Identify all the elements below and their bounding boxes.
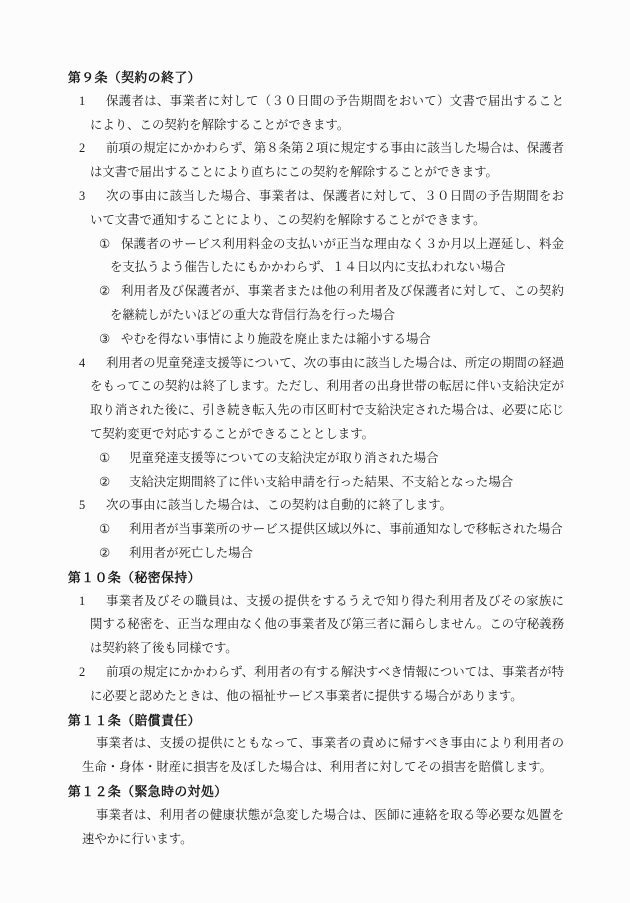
sub-clause-text: 利用者が当事業所のサービス提供区域以外に、事前通知なしで移転された場合	[129, 522, 563, 536]
clause-text: 次の事由に該当した場合は、この契約は自動的に終了します。	[106, 498, 452, 512]
sub-clause-text: 保護者のサービス利用料金の支払いが正当な理由なく３か月以上遅延し、料金を支払うよ…	[110, 237, 564, 275]
article-body-paragraph: 事業者は、支援の提供にともなって、事業者の責めに帰すべき事由により利用者の生命・…	[68, 732, 564, 780]
sub-clause-5-1: ①利用者が当事業所のサービス提供区域以外に、事前通知なしで移転された場合	[68, 518, 564, 542]
sub-clause-number: ③	[99, 328, 110, 352]
clause-number: 5	[79, 494, 85, 518]
sub-clause-3-2: ②利用者及び保護者が、事業者または他の利用者及び保護者に対して、この契約を継続し…	[68, 280, 564, 328]
contract-document-page: 第９条（契約の終了） 1保護者は、事業者に対して（３０日間の予告期間をおいて）文…	[0, 0, 630, 903]
sub-clause-text: 利用者が死亡した場合	[129, 546, 253, 560]
article-11: 第１１条（賠償責任） 事業者は、支援の提供にともなって、事業者の責めに帰すべき事…	[68, 709, 564, 780]
clause-number: 1	[79, 590, 85, 614]
sub-clause-number: ①	[99, 233, 110, 257]
clause-text: 保護者は、事業者に対して（３０日間の予告期間をおいて）文書で届出することにより、…	[90, 94, 564, 132]
clause-item-1: 1事業者及びその職員は、支援の提供をするうえで知り得た利用者及びその家族に関する…	[68, 590, 564, 661]
clause-item-3: 3次の事由に該当した場合、事業者は、保護者に対して、３０日間の予告期間をおいて文…	[68, 185, 564, 233]
clause-item-4: 4利用者の児童発達支援等について、次の事由に該当した場合は、所定の期間の経過をも…	[68, 352, 564, 447]
clause-item-5: 5次の事由に該当した場合は、この契約は自動的に終了します。	[68, 494, 564, 518]
sub-clause-number: ①	[99, 447, 110, 471]
clause-number: 1	[79, 90, 85, 114]
sub-clause-number: ①	[99, 518, 110, 542]
article-12-heading: 第１２条（緊急時の対処）	[68, 780, 564, 804]
article-9-heading: 第９条（契約の終了）	[68, 66, 564, 90]
clause-text: 前項の規定にかかわらず、第８条第２項に規定する事由に該当した場合は、保護者は文書…	[90, 141, 564, 179]
sub-clause-4-1: ①児童発達支援等についての支給決定が取り消された場合	[68, 447, 564, 471]
sub-clause-text: 児童発達支援等についての支給決定が取り消された場合	[129, 451, 439, 465]
clause-item-2: 2前項の規定にかかわらず、利用者の有する解決すべき情報については、事業者が特に必…	[68, 661, 564, 709]
sub-clause-number: ②	[99, 471, 110, 495]
article-11-heading: 第１１条（賠償責任）	[68, 709, 564, 733]
sub-clause-number: ②	[99, 542, 110, 566]
article-body-paragraph: 事業者は、利用者の健康状態が急変した場合は、医師に連絡を取る等必要な処置を速やか…	[68, 804, 564, 852]
sub-clause-4-2: ②支給決定期間終了に伴い支給申請を行った結果、不支給となった場合	[68, 471, 564, 495]
clause-item-1: 1保護者は、事業者に対して（３０日間の予告期間をおいて）文書で届出することにより…	[68, 90, 564, 138]
sub-clause-text: やむを得ない事情により施設を廃止または縮小する場合	[121, 332, 431, 346]
clause-text: 事業者及びその職員は、支援の提供をするうえで知り得た利用者及びその家族に関する秘…	[90, 594, 564, 656]
sub-clause-text: 支給決定期間終了に伴い支給申請を行った結果、不支給となった場合	[129, 475, 513, 489]
sub-clause-3-1: ①保護者のサービス利用料金の支払いが正当な理由なく３か月以上遅延し、料金を支払う…	[68, 233, 564, 281]
clause-number: 4	[79, 352, 85, 376]
article-12: 第１２条（緊急時の対処） 事業者は、利用者の健康状態が急変した場合は、医師に連絡…	[68, 780, 564, 851]
clause-number: 2	[79, 137, 85, 161]
sub-clause-3-3: ③やむを得ない事情により施設を廃止または縮小する場合	[68, 328, 564, 352]
article-10: 第１０条（秘密保持） 1事業者及びその職員は、支援の提供をするうえで知り得た利用…	[68, 566, 564, 709]
clause-number: 3	[79, 185, 85, 209]
clause-text: 前項の規定にかかわらず、利用者の有する解決すべき情報については、事業者が特に必要…	[90, 665, 564, 703]
clause-text: 利用者の児童発達支援等について、次の事由に該当した場合は、所定の期間の経過をもっ…	[90, 356, 564, 441]
clause-number: 2	[79, 661, 85, 685]
clause-item-2: 2前項の規定にかかわらず、第８条第２項に規定する事由に該当した場合は、保護者は文…	[68, 137, 564, 185]
article-10-heading: 第１０条（秘密保持）	[68, 566, 564, 590]
sub-clause-number: ②	[99, 280, 110, 304]
sub-clause-text: 利用者及び保護者が、事業者または他の利用者及び保護者に対して、この契約を継続しが…	[110, 284, 564, 322]
clause-text: 次の事由に該当した場合、事業者は、保護者に対して、３０日間の予告期間をおいて文書…	[90, 189, 564, 227]
article-9: 第９条（契約の終了） 1保護者は、事業者に対して（３０日間の予告期間をおいて）文…	[68, 66, 564, 566]
sub-clause-5-2: ②利用者が死亡した場合	[68, 542, 564, 566]
